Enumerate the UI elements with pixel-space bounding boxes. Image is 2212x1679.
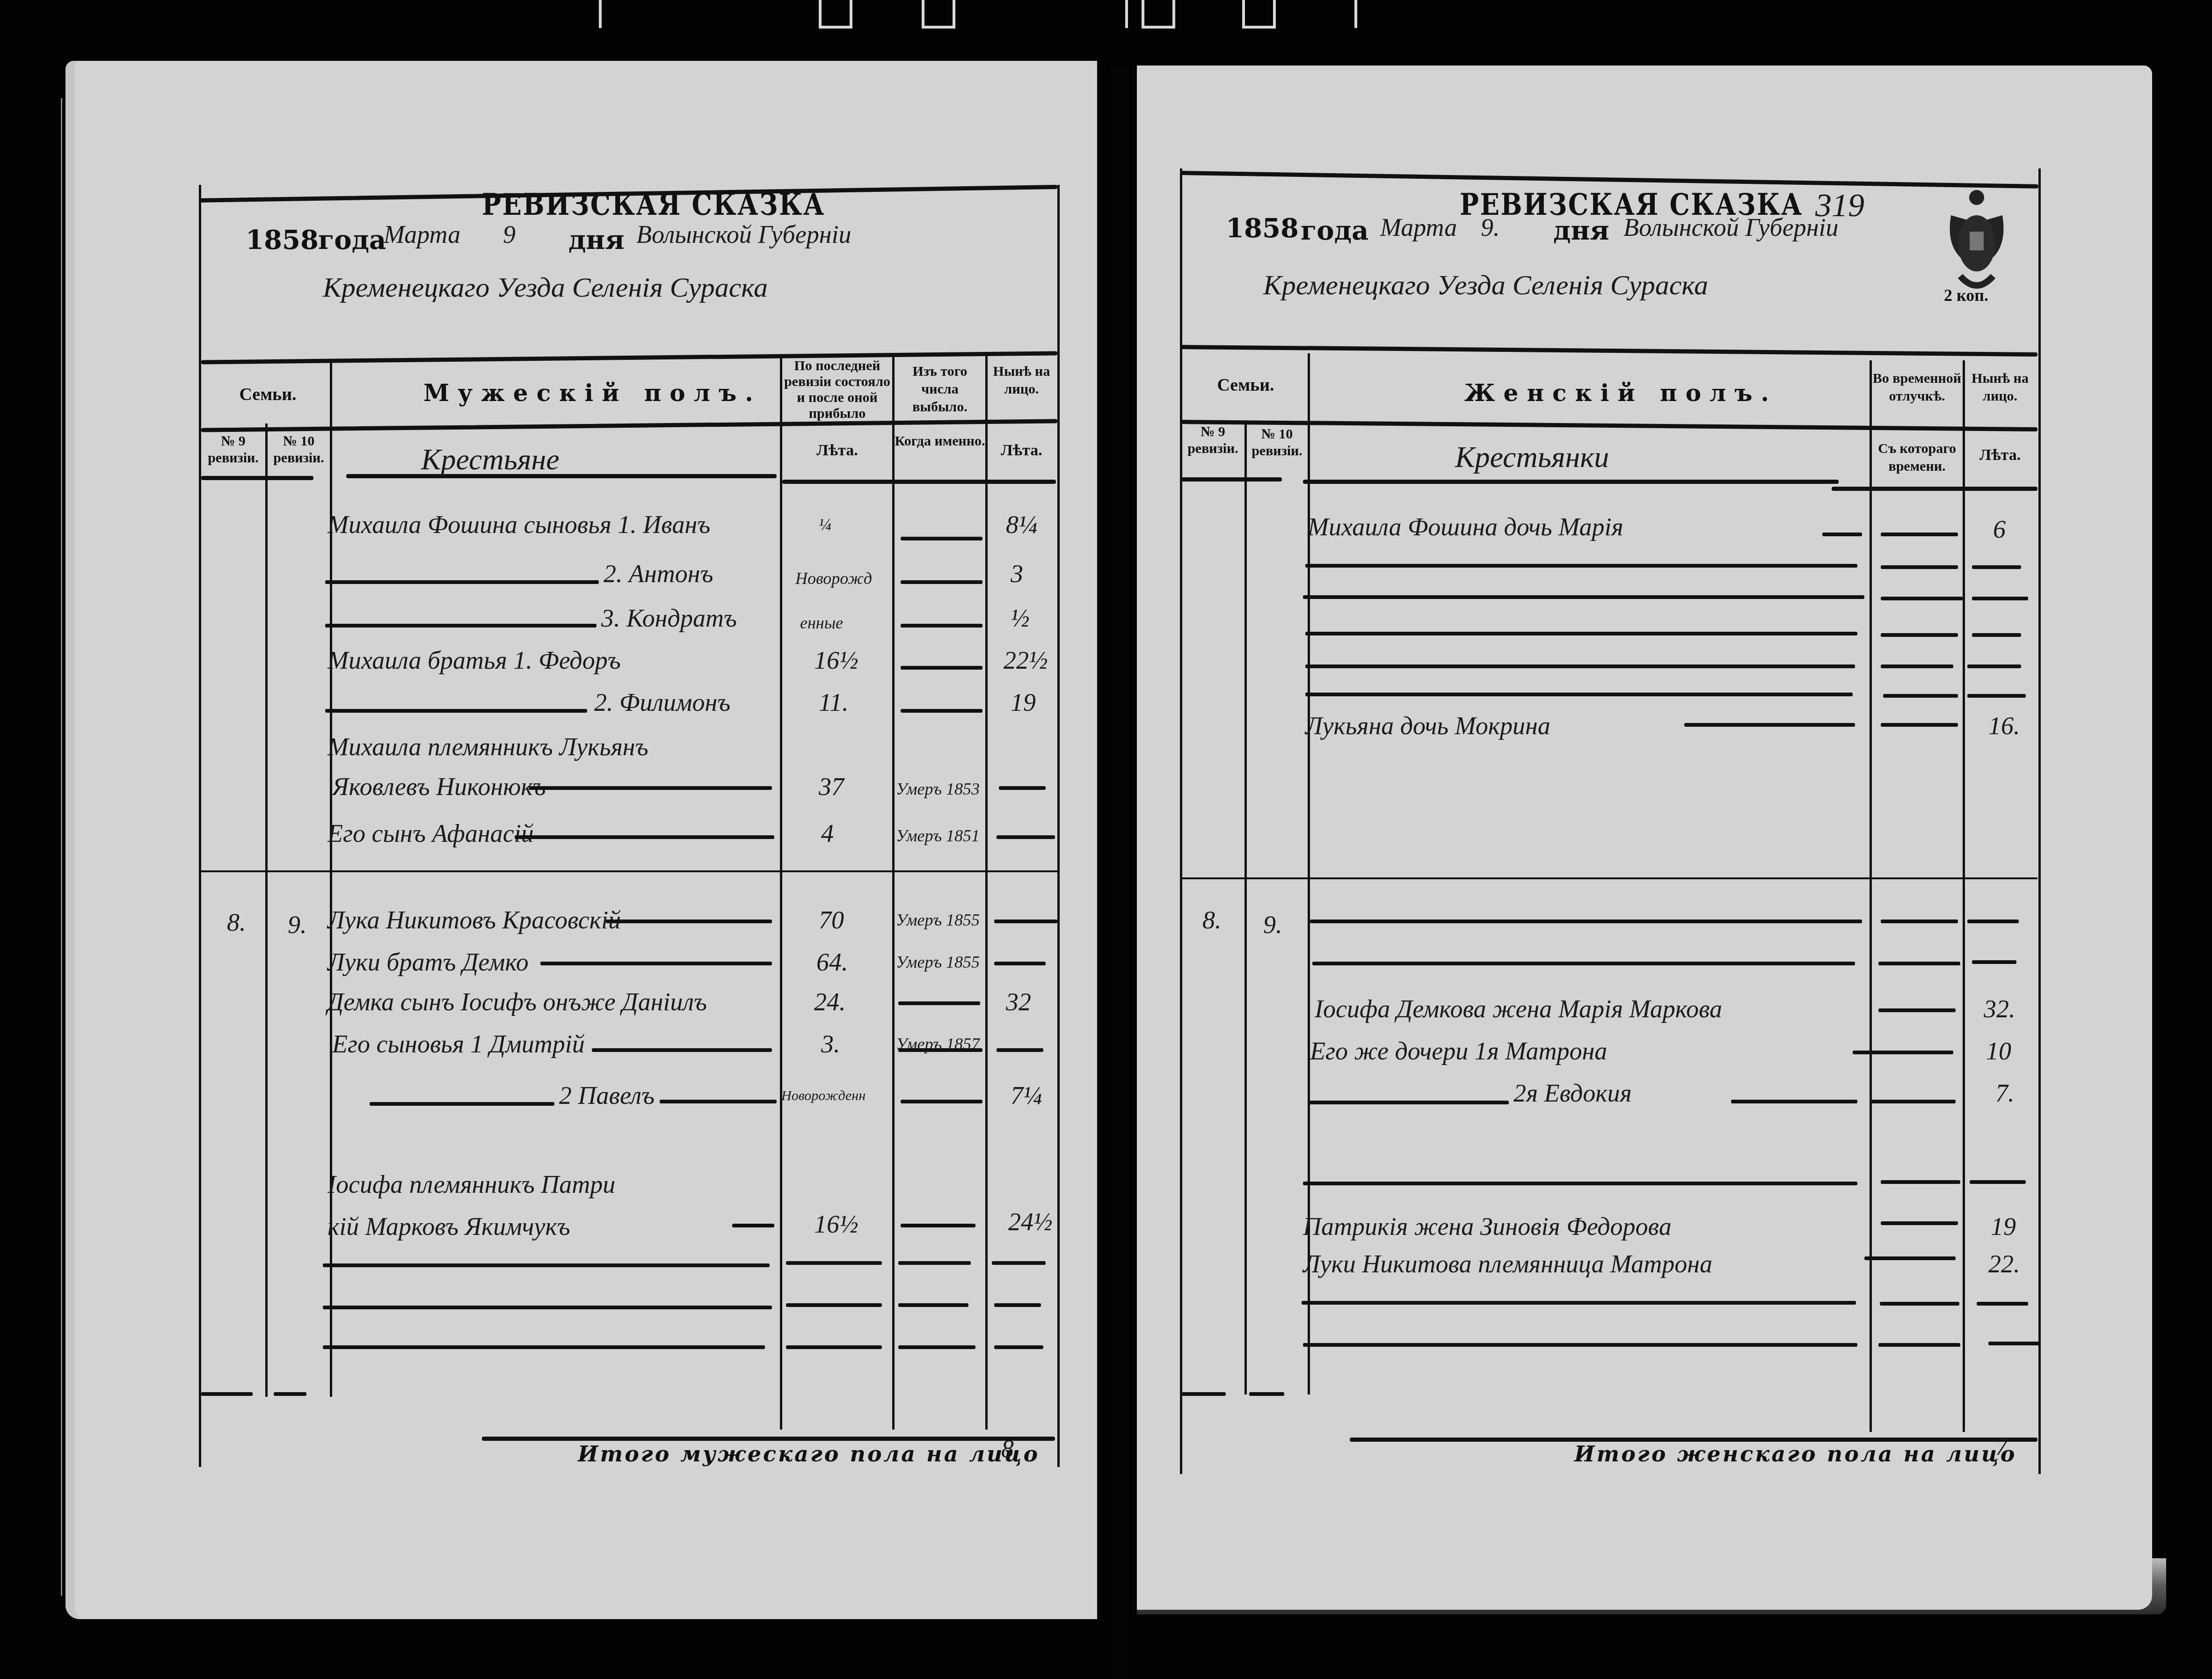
double-headed-eagle-icon xyxy=(1942,187,2012,295)
dash xyxy=(1249,1392,1284,1396)
female-row-present: 6 xyxy=(1993,515,2006,544)
male-row-lastrev: Новорожденн xyxy=(781,1088,866,1104)
female-row-present: 19 xyxy=(1991,1212,2016,1241)
female-row-name: Iосифа Демкова жена Марiя Маркова xyxy=(1315,994,1722,1023)
dash xyxy=(1853,1051,1953,1054)
dash xyxy=(901,666,982,670)
male-row-present: 7¼ xyxy=(1011,1081,1042,1110)
ruler-notch xyxy=(1142,0,1175,29)
dash xyxy=(1305,693,1853,696)
rule xyxy=(201,476,313,480)
dash xyxy=(1312,962,1855,965)
female-row-name: Лукьяна дочь Мокрина xyxy=(1305,711,1550,740)
male-row-present: 22½ xyxy=(1004,646,1048,675)
female-row-name: Его же дочери 1я Матрона xyxy=(1310,1037,1607,1066)
dash xyxy=(1822,533,1862,536)
col-families: Семьи. xyxy=(206,384,330,405)
male-total-label: Итого мужескаго пола на лицо xyxy=(578,1441,1040,1467)
male-row-name: Его сынъ Афанасiй xyxy=(327,819,534,848)
dash xyxy=(1972,597,2028,600)
dash xyxy=(898,1048,982,1052)
male-row-lastrev: 70 xyxy=(819,905,844,934)
male-row-name: Михаила Фошина сыновья 1. Иванъ xyxy=(327,510,710,539)
left-year: 1858 xyxy=(246,225,319,255)
male-row-lastrev: 4 xyxy=(821,819,834,848)
male-row-name: Его сыновья 1 Дмитрiй xyxy=(332,1029,585,1058)
left-day-label: дня xyxy=(568,225,625,255)
dash xyxy=(1967,920,2019,923)
left-month: Марта xyxy=(384,220,460,249)
female-row-present: 22. xyxy=(1988,1249,2020,1278)
male-row-name: кiй Марковъ Якимчукъ xyxy=(327,1212,570,1241)
left-day: 9 xyxy=(503,220,516,249)
col-divider xyxy=(1244,421,1247,1394)
female-row-present: 32. xyxy=(1984,994,2016,1023)
dash xyxy=(323,1345,765,1349)
ruler-notch xyxy=(1242,0,1276,29)
col-divider xyxy=(1963,360,1965,1432)
col-rev10: № 10 ревизiи. xyxy=(267,433,331,467)
group-separator xyxy=(201,870,1057,872)
dash xyxy=(1731,1100,1857,1103)
male-row-lastrev: 64. xyxy=(816,948,848,977)
left-province: Волынской Губернiи xyxy=(636,220,851,249)
rule xyxy=(1181,477,1282,482)
dash xyxy=(1871,1100,1956,1103)
male-row-name: Лука Никитовъ Красовскiй xyxy=(327,905,621,934)
dash xyxy=(898,1345,975,1349)
female-row-present: 7. xyxy=(1995,1079,2015,1108)
dash xyxy=(606,920,772,923)
dash xyxy=(1988,1342,2040,1345)
dash xyxy=(370,1102,554,1106)
male-row-present: 3 xyxy=(1011,559,1023,588)
male-row-name: Демка сынъ Iосифъ онъже Данiилъ xyxy=(327,987,707,1016)
male-row-name: 3. Кондратъ xyxy=(601,604,737,633)
dash xyxy=(994,920,1057,923)
col-section-male: Мужескiй полъ. xyxy=(423,379,762,407)
col-rev9: № 9 ревизiи. xyxy=(1181,423,1244,457)
left-title: РЕВИЗСКАЯ СКАЗКА xyxy=(482,187,825,222)
male-row-present: 19 xyxy=(1011,688,1036,717)
dash xyxy=(274,1392,306,1396)
male-row-name: 2. Филимонъ xyxy=(594,688,730,717)
dash xyxy=(901,1224,975,1227)
male-row-lastrev: енные xyxy=(800,613,843,633)
dash xyxy=(1303,1182,1857,1185)
dash xyxy=(1967,694,2026,698)
dash xyxy=(994,1345,1043,1349)
male-group-rev9: 8. xyxy=(227,908,246,937)
dash xyxy=(992,1261,1046,1265)
male-row-lastrev: Новорожд xyxy=(795,569,872,588)
dash xyxy=(1881,597,1963,600)
rule xyxy=(782,480,1056,484)
col-divider xyxy=(892,356,895,1430)
dash xyxy=(1881,920,1958,923)
dash xyxy=(325,624,597,628)
dash xyxy=(1881,664,1953,668)
dash xyxy=(1305,564,1857,568)
dash xyxy=(1972,565,2021,569)
col-temp-absence: Во временной отлучкѣ. xyxy=(1871,370,1963,405)
dash xyxy=(1881,1221,1958,1225)
dash xyxy=(325,580,599,584)
dash xyxy=(997,1048,1043,1052)
left-year-label: года xyxy=(318,225,386,255)
dash xyxy=(1310,920,1862,923)
rule xyxy=(1832,487,2037,491)
male-row-name: 2. Антонъ xyxy=(604,559,713,588)
col-years2: Лѣта. xyxy=(988,440,1055,461)
male-row-present: 8¼ xyxy=(1006,510,1038,539)
male-total-value: 8 xyxy=(1001,1434,1014,1463)
dash xyxy=(201,1392,253,1396)
male-row-name: Iосифа племянникъ Патри xyxy=(327,1170,615,1199)
ruler-tick xyxy=(1125,0,1128,28)
dash xyxy=(997,835,1055,839)
male-row-lastrev: 11. xyxy=(819,688,849,717)
ruler-tick xyxy=(599,0,602,28)
male-row-lastrev: 16½ xyxy=(814,646,859,675)
dash xyxy=(1881,1180,1960,1184)
col-divider xyxy=(985,356,988,1430)
dash xyxy=(592,1048,772,1052)
dash xyxy=(1967,664,2021,668)
ruler-notch xyxy=(922,0,955,29)
dash xyxy=(901,537,982,540)
col-rev9: № 9 ревизiи. xyxy=(201,433,265,467)
total-rule xyxy=(482,1437,1055,1441)
dash xyxy=(1881,723,1958,727)
male-row-name: Михаила племянникъ Лукьянъ xyxy=(327,732,648,761)
female-row-present: 16. xyxy=(1988,711,2020,740)
male-row-name: Яковлевъ Никонюкъ xyxy=(332,772,546,801)
col-present: Нынѣ на лицо. xyxy=(988,363,1055,398)
col-section-female: Женскiй полъ. xyxy=(1464,379,1777,407)
group-separator xyxy=(1181,877,2037,879)
dash xyxy=(901,624,982,628)
dash xyxy=(323,1306,772,1309)
dash xyxy=(1972,960,2016,964)
dash xyxy=(1883,694,1958,698)
stamp-value: 2 коп. xyxy=(1944,285,1988,305)
right-day-label: дня xyxy=(1553,215,1609,246)
male-row-departed: Умеръ 1855 xyxy=(896,910,980,930)
female-row-name: Луки Никитова племянница Матрона xyxy=(1303,1249,1712,1278)
male-row-departed: Умеръ 1855 xyxy=(896,952,980,972)
male-row-name: 2 Павелъ xyxy=(559,1081,655,1110)
dash xyxy=(1881,565,1958,569)
rule xyxy=(1303,480,1839,484)
dash xyxy=(901,709,982,713)
dash xyxy=(901,580,982,584)
dash xyxy=(1972,633,2021,637)
dash xyxy=(1308,1101,1509,1104)
col-present: Нынѣ на лицо. xyxy=(1965,370,2035,405)
dash xyxy=(1970,1180,2026,1184)
col-when: Когда именно. xyxy=(895,433,985,450)
col-since-when: Съ котораго времени. xyxy=(1871,440,1963,475)
col-years: Лѣта. xyxy=(782,440,892,461)
col-divider xyxy=(780,356,782,1430)
dash xyxy=(1878,1008,1956,1012)
female-total-label: Итого женскаго пола на лицо xyxy=(1574,1441,2016,1467)
dash xyxy=(1977,1302,2028,1306)
male-row-present: 32 xyxy=(1006,987,1031,1016)
col-families: Семьи. xyxy=(1184,374,1308,396)
female-total-value: 7 xyxy=(1995,1432,2008,1461)
male-row-lastrev: ¼ xyxy=(819,515,831,534)
male-row-lastrev: 16½ xyxy=(814,1210,859,1239)
dash xyxy=(1305,664,1855,668)
dash xyxy=(994,1303,1041,1307)
right-estate: Крестьянки xyxy=(1455,440,1609,474)
female-row-name: 2я Евдокия xyxy=(1513,1079,1632,1108)
dash xyxy=(898,1261,971,1265)
dash xyxy=(994,962,1046,965)
right-month: Марта xyxy=(1380,213,1457,242)
dash xyxy=(898,1001,980,1005)
right-year-label: года xyxy=(1301,215,1368,246)
dash xyxy=(540,962,772,965)
left-place: Кременецкаго Уезда Селенiя Сураска xyxy=(323,271,768,304)
left-estate: Крестьяне xyxy=(421,442,560,477)
right-year: 1858 xyxy=(1226,213,1299,244)
dash xyxy=(325,709,587,713)
right-place: Кременецкаго Уезда Селенiя Сураска xyxy=(1263,269,1708,301)
male-row-lastrev: 3. xyxy=(821,1029,840,1058)
male-row-present: 24½ xyxy=(1008,1207,1053,1236)
dash xyxy=(999,786,1046,790)
dash xyxy=(1684,723,1855,727)
dash xyxy=(1881,533,1958,536)
dash xyxy=(786,1345,882,1349)
dash xyxy=(1880,1302,1959,1306)
col-departed: Изъ того числа выбыло. xyxy=(895,363,985,416)
dash xyxy=(1878,1343,1960,1347)
dash xyxy=(515,835,774,839)
female-row-name: Патрикiя жена Зиновiя Федорова xyxy=(1303,1212,1672,1241)
dash xyxy=(786,1303,882,1307)
dash xyxy=(1303,1343,1857,1347)
male-row-lastrev: 24. xyxy=(814,987,846,1016)
female-row-name: Михаила Фошина дочь Марiя xyxy=(1308,512,1623,541)
dash xyxy=(1181,1392,1226,1396)
dash xyxy=(323,1263,770,1267)
dash xyxy=(1864,1256,1956,1260)
male-row-departed: Умеръ 1853 xyxy=(896,779,980,799)
male-row-departed: Умеръ 1851 xyxy=(896,826,980,846)
dash xyxy=(1881,633,1958,637)
male-row-lastrev: 37 xyxy=(819,772,844,801)
col-divider xyxy=(265,423,268,1397)
ruler-tick xyxy=(1354,0,1357,28)
book-gutter xyxy=(1111,66,1129,1679)
dash xyxy=(660,1100,777,1103)
right-province: Волынской Губернiи xyxy=(1623,213,1839,242)
female-group-rev9: 8. xyxy=(1202,905,1222,934)
dash xyxy=(732,1224,774,1227)
dash xyxy=(901,1100,982,1103)
ruler-notch xyxy=(819,0,852,29)
male-row-name: Михаила братья 1. Федоръ xyxy=(327,646,621,675)
male-group-rev10: 9. xyxy=(288,910,307,939)
female-row-present: 10 xyxy=(1986,1037,2011,1066)
dash xyxy=(1878,962,1960,965)
col-rev10: № 10 ревизiи. xyxy=(1245,426,1309,460)
dash xyxy=(1303,595,1864,599)
male-row-name: Луки братъ Демко xyxy=(327,948,529,977)
female-group-rev10: 9. xyxy=(1263,910,1282,939)
dash xyxy=(1302,1301,1856,1305)
right-day: 9. xyxy=(1481,213,1500,242)
rule xyxy=(346,474,777,478)
dash xyxy=(1305,632,1857,635)
dash xyxy=(529,786,772,790)
dash xyxy=(786,1261,882,1265)
col-divider xyxy=(1870,360,1872,1432)
male-row-present: ½ xyxy=(1011,604,1030,633)
col-last-revision: По последней ревизiи состояло и после он… xyxy=(782,358,892,422)
dash xyxy=(898,1303,968,1307)
col-years: Лѣта. xyxy=(1965,445,2035,466)
